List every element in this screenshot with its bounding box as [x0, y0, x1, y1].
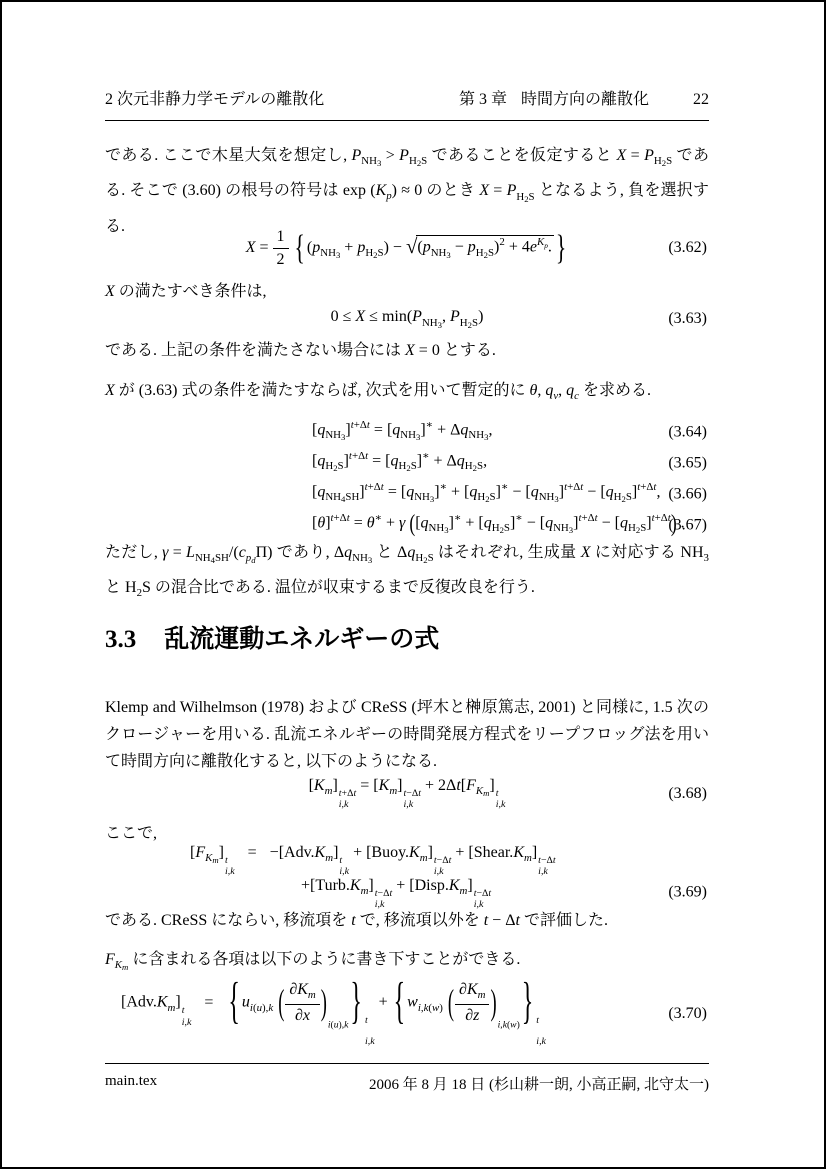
paragraph-fkm-terms: FKm に含まれる各項は以下のように書き下すことができる.	[105, 946, 709, 981]
equation-number: (3.70)	[668, 1005, 707, 1023]
chapter-label: 第 3 章	[459, 86, 507, 113]
equation-3-69: [FKm]ti,k = −[Adv.Km]ti,k + [Buoy.Km]t−Δ…	[105, 842, 709, 908]
equation-number: (3.65)	[668, 449, 707, 476]
equation-body: [Km]t+Δti,k = [Km]t−Δti,k + 2Δt[FKm]ti,k	[309, 777, 506, 812]
section-title: 乱流運動エネルギーの式	[164, 624, 439, 656]
equation-body: X = 12 {(pNH3 + pH2S) − √(pNH3 − pH2S)2 …	[246, 227, 569, 270]
equation-number: (3.67)	[668, 511, 707, 538]
equation-body: 0 ≤ X ≤ min(PNH3, PH2S)	[331, 308, 484, 329]
chapter-title: 時間方向の離散化	[521, 86, 649, 113]
paragraph-provisional: X が (3.63) 式の条件を満たすならば, 次式を用いて暫定的に θ, qv…	[105, 377, 709, 410]
equation-number: (3.64)	[668, 418, 707, 445]
equation-3-68: [Km]t+Δti,k = [Km]t−Δti,k + 2Δt[FKm]ti,k…	[105, 775, 709, 813]
equation-3-67: [θ]t+Δt = θ∗ + γ ([qNH3]∗ + [qH2S]∗ − [q…	[105, 509, 709, 540]
page-number: 22	[693, 86, 709, 113]
paragraph-cress-evaluation: である. CReSS にならい, 移流項を t で, 移流項以外を t − Δt…	[105, 907, 709, 934]
document-page: 2 次元非静力学モデルの離散化 第 3 章 時間方向の離散化 22 である. こ…	[0, 0, 826, 1169]
running-head-right: 第 3 章 時間方向の離散化 22	[459, 86, 709, 113]
running-head: 2 次元非静力学モデルの離散化 第 3 章 時間方向の離散化 22	[105, 86, 709, 121]
footer-filename: main.tex	[105, 1073, 157, 1094]
equation-line-1: [FKm]ti,k = −[Adv.Km]ti,k + [Buoy.Km]t−Δ…	[105, 842, 709, 875]
equation-group-3-64-3-67: [qNH3]t+Δt = [qNH3]∗ + ΔqNH3, (3.64) [qH…	[105, 416, 709, 540]
equation-3-63: 0 ≤ X ≤ min(PNH3, PH2S) (3.63)	[105, 305, 709, 333]
section-number: 3.3	[105, 624, 136, 656]
footer-date-authors: 2006 年 8 月 18 日 (杉山耕一朗, 小高正嗣, 北守太一)	[369, 1073, 709, 1094]
paragraph-condition-intro: X の満たすべき条件は,	[105, 278, 709, 305]
running-head-left: 2 次元非静力学モデルの離散化	[105, 86, 324, 113]
page-footer: main.tex 2006 年 8 月 18 日 (杉山耕一朗, 小高正嗣, 北…	[105, 1063, 709, 1094]
equation-body: [Adv.Km]ti,k = {ui(u),k (∂Km∂x)i(u),k}ti…	[121, 980, 546, 1047]
equation-3-62: X = 12 {(pNH3 + pH2S) − √(pNH3 − pH2S)2 …	[105, 224, 709, 272]
equation-number: (3.68)	[668, 785, 707, 803]
paragraph-x-zero: である. 上記の条件を満たさない場合には X = 0 とする.	[105, 337, 709, 364]
equation-line-2: +[Turb.Km]t−Δti,k + [Disp.Km]t−Δti,k (3.…	[105, 875, 709, 908]
paragraph-gamma-definition: ただし, γ = LNH4SH/(cpdΠ) であり, ΔqNH3 と ΔqH2…	[105, 539, 709, 608]
section-heading: 3.3 乱流運動エネルギーの式	[105, 624, 709, 656]
equation-number: (3.62)	[668, 239, 707, 257]
equation-number: (3.63)	[668, 310, 707, 328]
paragraph-closure: Klemp and Wilhelmson (1978) および CReSS (坪…	[105, 694, 709, 775]
equation-3-70: [Adv.Km]ti,k = {ui(u),k (∂Km∂x)i(u),k}ti…	[105, 984, 709, 1044]
equation-number: (3.66)	[668, 480, 707, 507]
equation-body: +[Turb.Km]t−Δti,k + [Disp.Km]t−Δti,k	[301, 872, 491, 912]
equation-number: (3.69)	[668, 878, 707, 905]
